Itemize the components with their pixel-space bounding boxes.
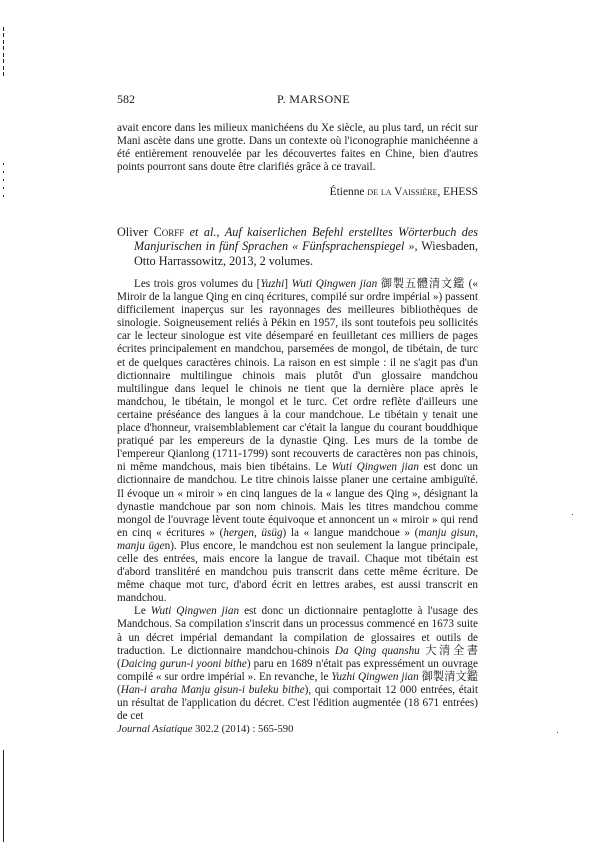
italic-term: hergen, üsüg: [223, 527, 282, 539]
page-number: 582: [117, 92, 135, 107]
italic-term: Daicing gurun-i yooni bithe: [121, 658, 247, 670]
italic-term: Wuti Qingwen jian: [151, 605, 239, 617]
italic-term: Wuti Qingwen jian: [292, 278, 378, 290]
previous-review-text: avait encore dans les milieux manichéens…: [117, 122, 478, 174]
reviewer-signature: Étienne de la Vaissière, EHESS: [330, 186, 478, 198]
review-paragraph: Les trois gros volumes du [Yuzhi] Wuti Q…: [117, 278, 478, 605]
signature-first-name: Étienne: [330, 186, 365, 198]
scan-edge-mark: [3, 163, 4, 200]
journal-footer: Journal Asiatique 302.2 (2014) : 565-590: [117, 724, 293, 735]
biblio-author-last: Corff: [154, 225, 185, 239]
italic-term: Yuzhi Qingwen jian: [331, 671, 418, 683]
journal-name: Journal Asiatique: [117, 724, 192, 735]
text-run: ) la « langue mandchoue » (: [283, 527, 419, 539]
bibliographic-entry: Oliver Corff et al., Auf kaiserlichen Be…: [117, 225, 478, 268]
text-run: Les trois gros volumes du [: [134, 278, 260, 290]
text-run: n). Plus encore, le mandchou est non seu…: [117, 540, 478, 604]
previous-review-tail: avait encore dans les milieux manichéens…: [117, 122, 478, 174]
scan-speck: [557, 732, 558, 733]
review-body: Les trois gros volumes du [Yuzhi] Wuti Q…: [117, 278, 478, 723]
signature-affiliation: , EHESS: [437, 186, 478, 198]
scan-speck: [572, 514, 573, 515]
text-run: ]: [284, 278, 291, 290]
running-head: 582 P. MARSONE: [117, 92, 477, 108]
scan-edge-mark: [3, 750, 4, 842]
text-run: 御製五體清文鑑 (« Miroir de la langue Qing en c…: [117, 278, 478, 473]
scan-edge-mark: [3, 27, 4, 77]
journal-citation: 302.2 (2014) : 565-590: [192, 724, 293, 735]
italic-term: Yuzhi: [260, 278, 284, 290]
review-paragraph: Le Wuti Qingwen jian est donc un diction…: [117, 605, 478, 723]
text-run: Le: [134, 605, 151, 617]
italic-term: Han-i araha Manju gisun-i buleku bithe: [121, 684, 305, 696]
biblio-et-al: et al.: [184, 225, 216, 239]
italic-term: Wuti Qingwen jian: [332, 461, 419, 473]
italic-term: Da Qing quanshu: [335, 645, 420, 657]
signature-last-name: de la Vaissière: [367, 186, 437, 198]
running-head-author: P. MARSONE: [277, 92, 350, 107]
biblio-author-first: Oliver: [117, 225, 148, 239]
